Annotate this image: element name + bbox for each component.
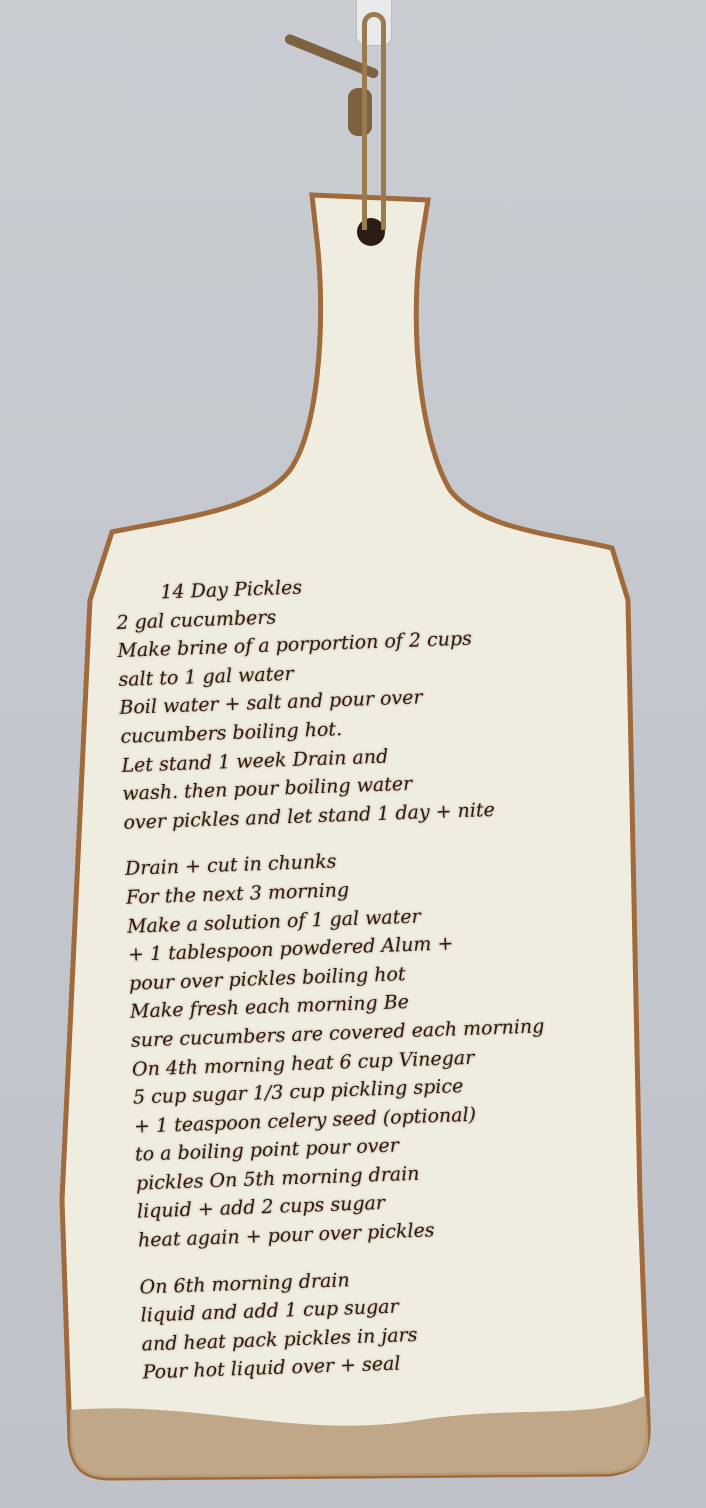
engraved-recipe: 14 Day Pickles 2 gal cucumbers Make brin… xyxy=(115,563,643,1388)
hanging-rope xyxy=(362,12,386,230)
